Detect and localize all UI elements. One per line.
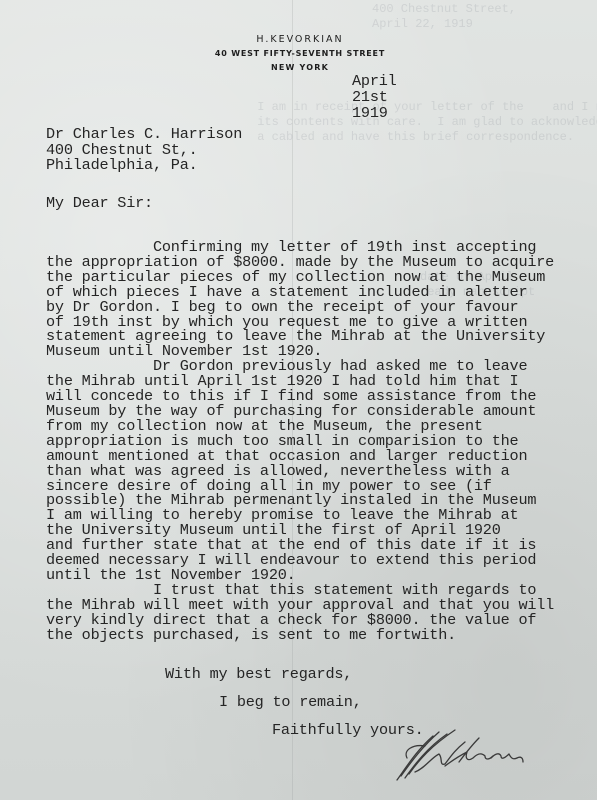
letter-date: April 21st 1919 — [352, 73, 397, 121]
letterhead-name: H.KEVORKIAN — [180, 33, 420, 47]
recipient-city: Philadelphia, Pa. — [46, 158, 242, 174]
letter-page: 400 Chestnut Street, April 22, 1919 I am… — [0, 0, 597, 800]
body-line: the objects purchased, is sent to me for… — [46, 628, 586, 643]
recipient-address: Dr Charles C. Harrison 400 Chestnut St,.… — [46, 127, 242, 174]
letterhead-street: 40 WEST FIFTY-SEVENTH STREET — [180, 47, 420, 61]
letter-body: Confirming my letter of 19th inst accept… — [46, 240, 586, 642]
date-year: 1919 — [352, 105, 397, 121]
date-month: April — [352, 73, 397, 89]
signature-icon — [395, 728, 535, 783]
closing-remain: I beg to remain, — [219, 694, 362, 710]
closing-regards: With my best regards, — [165, 666, 352, 682]
bleed-through-text: 400 Chestnut Street, April 22, 1919 — [372, 2, 516, 32]
letterhead: H.KEVORKIAN 40 WEST FIFTY-SEVENTH STREET… — [180, 33, 420, 75]
salutation: My Dear Sir: — [46, 194, 153, 212]
date-day: 21st — [352, 89, 397, 105]
